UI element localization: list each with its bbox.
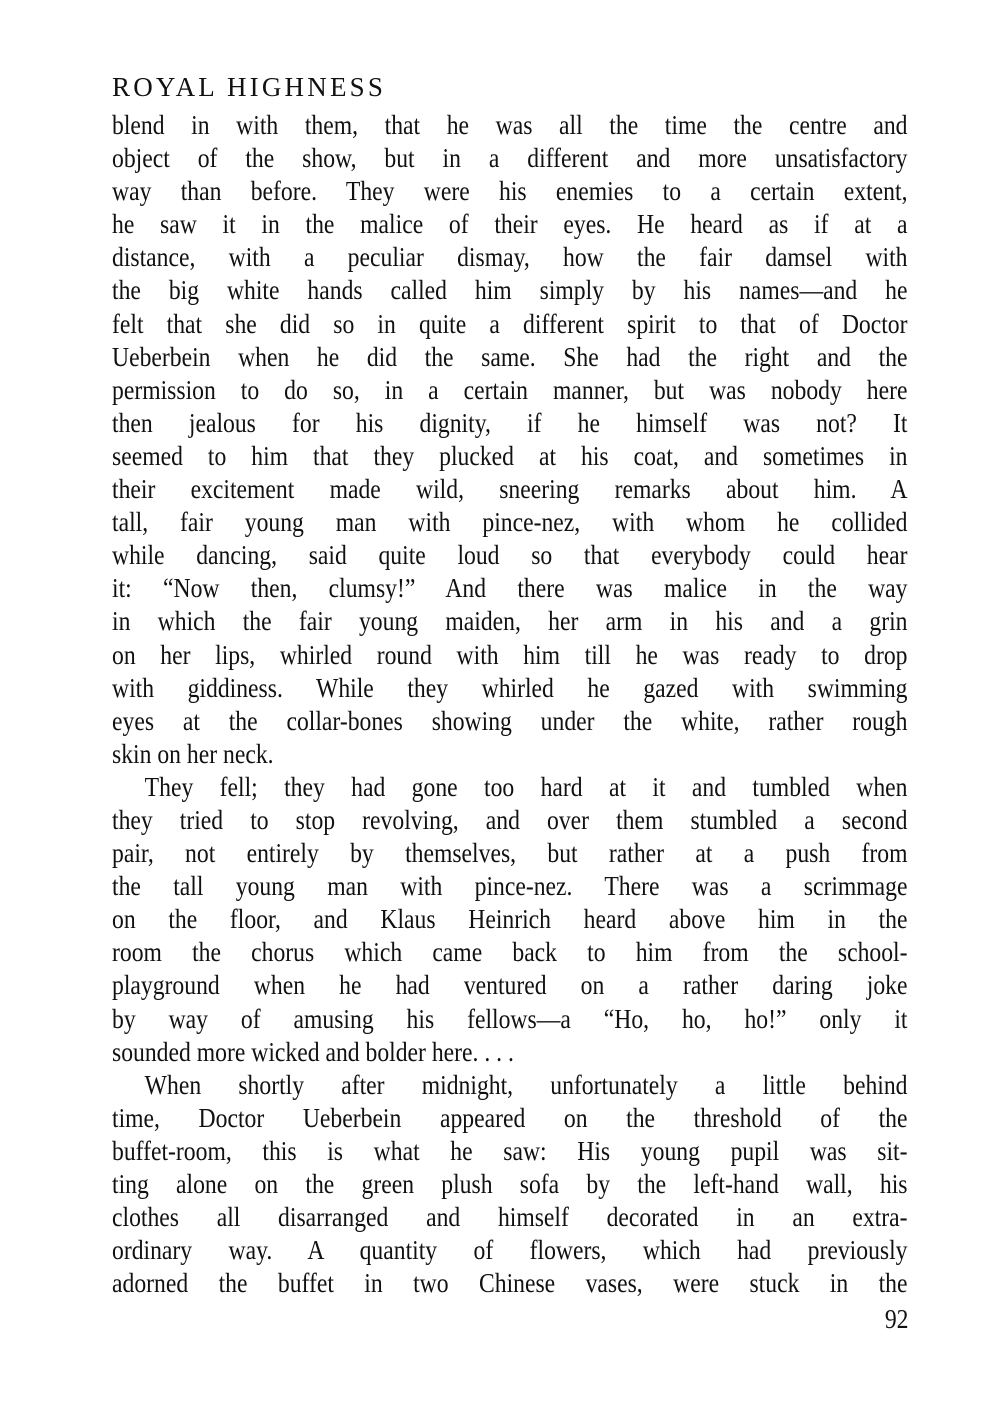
text-line: distance, with a peculiar dismay, how th… <box>112 240 908 273</box>
text-line: seemed to him that they plucked at his c… <box>112 439 908 472</box>
text-line: ting alone on the green plush sofa by th… <box>112 1167 908 1200</box>
text-line: the tall young man with pince-nez. There… <box>112 869 908 902</box>
text-line: They fell; they had gone too hard at it … <box>112 770 908 803</box>
text-line: time, Doctor Ueberbein appeared on the t… <box>112 1101 908 1134</box>
text-line: in which the fair young maiden, her arm … <box>112 604 908 637</box>
text-line: adorned the buffet in two Chinese vases,… <box>112 1266 908 1299</box>
text-line: tall, fair young man with pince-nez, wit… <box>112 505 908 538</box>
text-line: by way of amusing his fellows—a “Ho, ho,… <box>112 1002 908 1035</box>
paragraph-3: When shortly after midnight, unfortunate… <box>112 1068 908 1300</box>
text-line: felt that she did so in quite a differen… <box>112 307 908 340</box>
text-line: room the chorus which came back to him f… <box>112 935 908 968</box>
text-line: playground when he had ventured on a rat… <box>112 968 908 1001</box>
text-line: on her lips, whirled round with him till… <box>112 638 908 671</box>
text-line: way than before. They were his enemies t… <box>112 174 908 207</box>
text-line: object of the show, but in a different a… <box>112 141 908 174</box>
text-line: while dancing, said quite loud so that e… <box>112 538 908 571</box>
text-line: buffet-room, this is what he saw: His yo… <box>112 1134 908 1167</box>
book-page: ROYAL HIGHNESS blend in with them, that … <box>112 68 908 1299</box>
page-number: 92 <box>884 1303 908 1335</box>
running-head-title: ROYAL HIGHNESS <box>112 68 908 108</box>
text-line: he saw it in the malice of their eyes. H… <box>112 207 908 240</box>
text-line: on the floor, and Klaus Heinrich heard a… <box>112 902 908 935</box>
text-line: ordinary way. A quantity of flowers, whi… <box>112 1233 908 1266</box>
text-line: then jealous for his dignity, if he hims… <box>112 406 908 439</box>
text-line: they tried to stop revolving, and over t… <box>112 803 908 836</box>
body-text: blend in with them, that he was all the … <box>112 108 908 1299</box>
paragraph-2: They fell; they had gone too hard at it … <box>112 770 908 1068</box>
text-line: with giddiness. While they whirled he ga… <box>112 671 908 704</box>
text-line: Ueberbein when he did the same. She had … <box>112 340 908 373</box>
text-line: their excitement made wild, sneering rem… <box>112 472 908 505</box>
text-line: it: “Now then, clumsy!” And there was ma… <box>112 571 908 604</box>
text-line: the big white hands called him simply by… <box>112 273 908 306</box>
text-line: clothes all disarranged and himself deco… <box>112 1200 908 1233</box>
text-line: skin on her neck. <box>112 737 908 770</box>
text-line: sounded more wicked and bolder here. . .… <box>112 1035 908 1068</box>
text-line: permission to do so, in a certain manner… <box>112 373 908 406</box>
text-line: blend in with them, that he was all the … <box>112 108 908 141</box>
text-line: eyes at the collar-bones showing under t… <box>112 704 908 737</box>
text-line: pair, not entirely by themselves, but ra… <box>112 836 908 869</box>
paragraph-1: blend in with them, that he was all the … <box>112 108 908 770</box>
text-line: When shortly after midnight, unfortunate… <box>112 1068 908 1101</box>
